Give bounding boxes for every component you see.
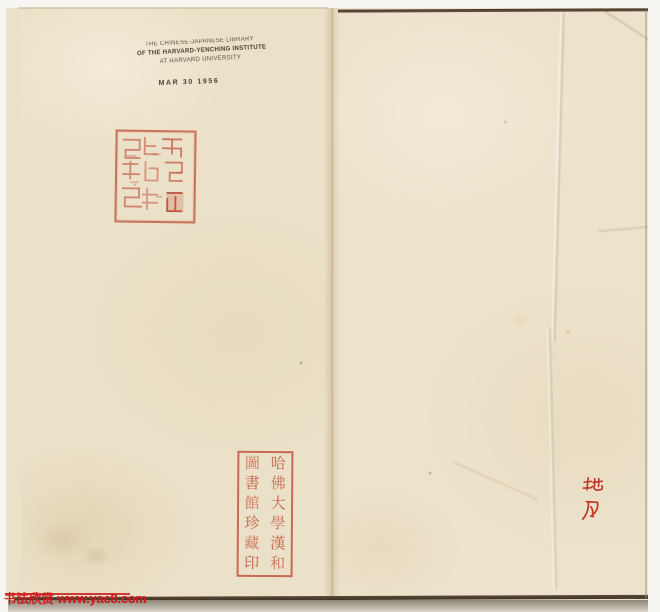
seal-char: 館 bbox=[240, 494, 264, 514]
paper-crease bbox=[598, 226, 652, 233]
scan-background-right bbox=[648, 0, 660, 612]
seal-left-column: 圖 書 館 珍 藏 印 bbox=[240, 454, 265, 574]
paper-crease bbox=[454, 461, 539, 500]
handwritten-char-di-icon bbox=[581, 474, 604, 497]
handwritten-annotation: 地 乃 bbox=[580, 474, 610, 527]
seal-char: 漢 bbox=[266, 534, 290, 554]
seal-char: 圖 bbox=[240, 454, 264, 474]
paper-crease bbox=[547, 328, 557, 590]
seal-right-column: 哈 佛 大 學 漢 和 bbox=[266, 454, 291, 574]
seal-char: 藏 bbox=[240, 534, 264, 554]
handwritten-char-nai-icon bbox=[580, 498, 603, 525]
seal-char: 大 bbox=[266, 494, 290, 514]
watermark-strike-line bbox=[5, 593, 130, 595]
seal-char: 珍 bbox=[240, 514, 264, 534]
seal-script-pattern bbox=[116, 131, 194, 221]
seal-char: 哈 bbox=[266, 454, 290, 474]
seal-char: 學 bbox=[266, 514, 290, 534]
open-book bbox=[6, 8, 648, 600]
seal-char: 書 bbox=[240, 474, 264, 494]
square-collector-seal bbox=[114, 129, 196, 223]
right-page-edge bbox=[645, 10, 647, 598]
seal-char: 印 bbox=[240, 554, 264, 574]
watermark: 书法欣赏 www.yac8.com bbox=[4, 589, 147, 607]
harvard-yenching-library-seal: 哈 佛 大 學 漢 和 圖 書 館 珍 藏 印 bbox=[237, 451, 294, 577]
book-gutter-shadow bbox=[324, 8, 340, 600]
left-page-top-edge bbox=[18, 7, 328, 9]
seal-char: 佛 bbox=[266, 474, 290, 494]
seal-char: 和 bbox=[266, 554, 290, 574]
scanned-book-photo: { "scan": { "library_stamp": { "line1": … bbox=[0, 0, 660, 612]
paper-crease bbox=[551, 12, 564, 342]
